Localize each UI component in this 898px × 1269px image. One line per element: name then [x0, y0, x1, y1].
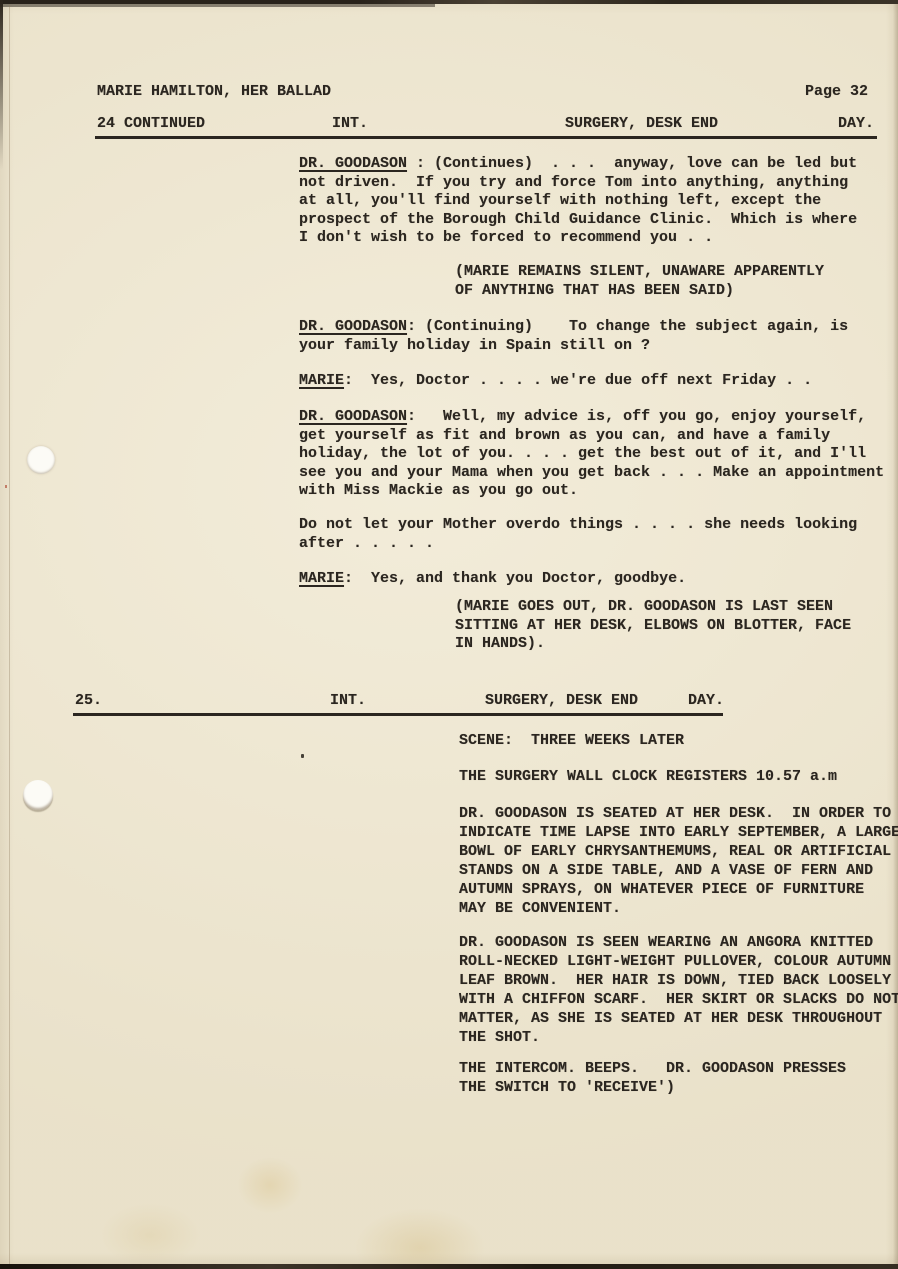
speaker-name: MARIE: [299, 372, 344, 389]
scene-24-number: 24 CONTINUED: [97, 115, 205, 133]
speaker-name: DR. GOODASON: [299, 155, 407, 172]
dialogue-text: : Yes, Doctor . . . . we're due off next…: [344, 372, 812, 389]
dialogue-text: : Yes, and thank you Doctor, goodbye.: [344, 570, 686, 587]
direction-set-dressing: DR. GOODASON IS SEATED AT HER DESK. IN O…: [459, 804, 898, 918]
speaker-name: MARIE: [299, 570, 344, 587]
scene-24-int: INT.: [332, 115, 368, 133]
scene-25-int: INT.: [330, 692, 366, 710]
scene-25-location: SURGERY, DESK END: [485, 692, 638, 710]
dialogue-goodason-3: DR. GOODASON: Well, my advice is, off yo…: [299, 408, 884, 501]
scene-heading-24: 24 CONTINUED INT. SURGERY, DESK END DAY.: [95, 115, 877, 139]
dialogue-goodason-2: DR. GOODASON: (Continuing) To change the…: [299, 318, 848, 355]
direction-costume: DR. GOODASON IS SEEN WEARING AN ANGORA K…: [459, 933, 898, 1047]
scene-note: SCENE: THREE WEEKS LATER: [459, 732, 684, 751]
page-edge-top: [0, 0, 898, 4]
punch-hole-bottom: [23, 780, 53, 810]
script-title: MARIE HAMILTON, HER BALLAD: [97, 83, 331, 102]
script-page: MARIE HAMILTON, HER BALLAD Page 32 24 CO…: [0, 0, 898, 1269]
scene-heading-25: 25. INT. SURGERY, DESK END DAY.: [73, 692, 723, 716]
clock-note: THE SURGERY WALL CLOCK REGISTERS 10.57 a…: [459, 768, 837, 787]
speaker-name: DR. GOODASON: [299, 408, 407, 425]
page-number: Page 32: [805, 83, 868, 102]
dialogue-goodason-continuation: Do not let your Mother overdo things . .…: [299, 516, 857, 553]
scanned-script-page: { "colors": { "paper": "#f1ead5", "ink":…: [0, 0, 898, 1269]
scene-24-location: SURGERY, DESK END: [565, 115, 718, 133]
page-edge-right: [893, 0, 898, 1269]
speaker-name: DR. GOODASON: [299, 318, 407, 335]
dialogue-marie-1: MARIE: Yes, Doctor . . . . we're due off…: [299, 372, 812, 391]
red-speck: [5, 485, 7, 488]
ink-speck: [301, 754, 304, 758]
scene-24-time: DAY.: [838, 115, 874, 133]
dialogue-goodason-1: DR. GOODASON : (Continues) . . . anyway,…: [299, 155, 857, 248]
scene-25-number: 25.: [75, 692, 102, 710]
scene-25-time: DAY.: [688, 692, 724, 710]
stage-direction-marie-goes-out: (MARIE GOES OUT, DR. GOODASON IS LAST SE…: [455, 598, 851, 654]
stage-direction-marie-silent: (MARIE REMAINS SILENT, UNAWARE APPARENTL…: [455, 263, 824, 300]
page-left-crease: [9, 0, 10, 1269]
punch-hole-top: [27, 446, 55, 474]
page-edge-bottom: [0, 1264, 898, 1269]
page-edge-left: [0, 0, 3, 170]
direction-intercom: THE INTERCOM. BEEPS. DR. GOODASON PRESSE…: [459, 1059, 846, 1097]
dialogue-marie-2: MARIE: Yes, and thank you Doctor, goodby…: [299, 570, 686, 589]
